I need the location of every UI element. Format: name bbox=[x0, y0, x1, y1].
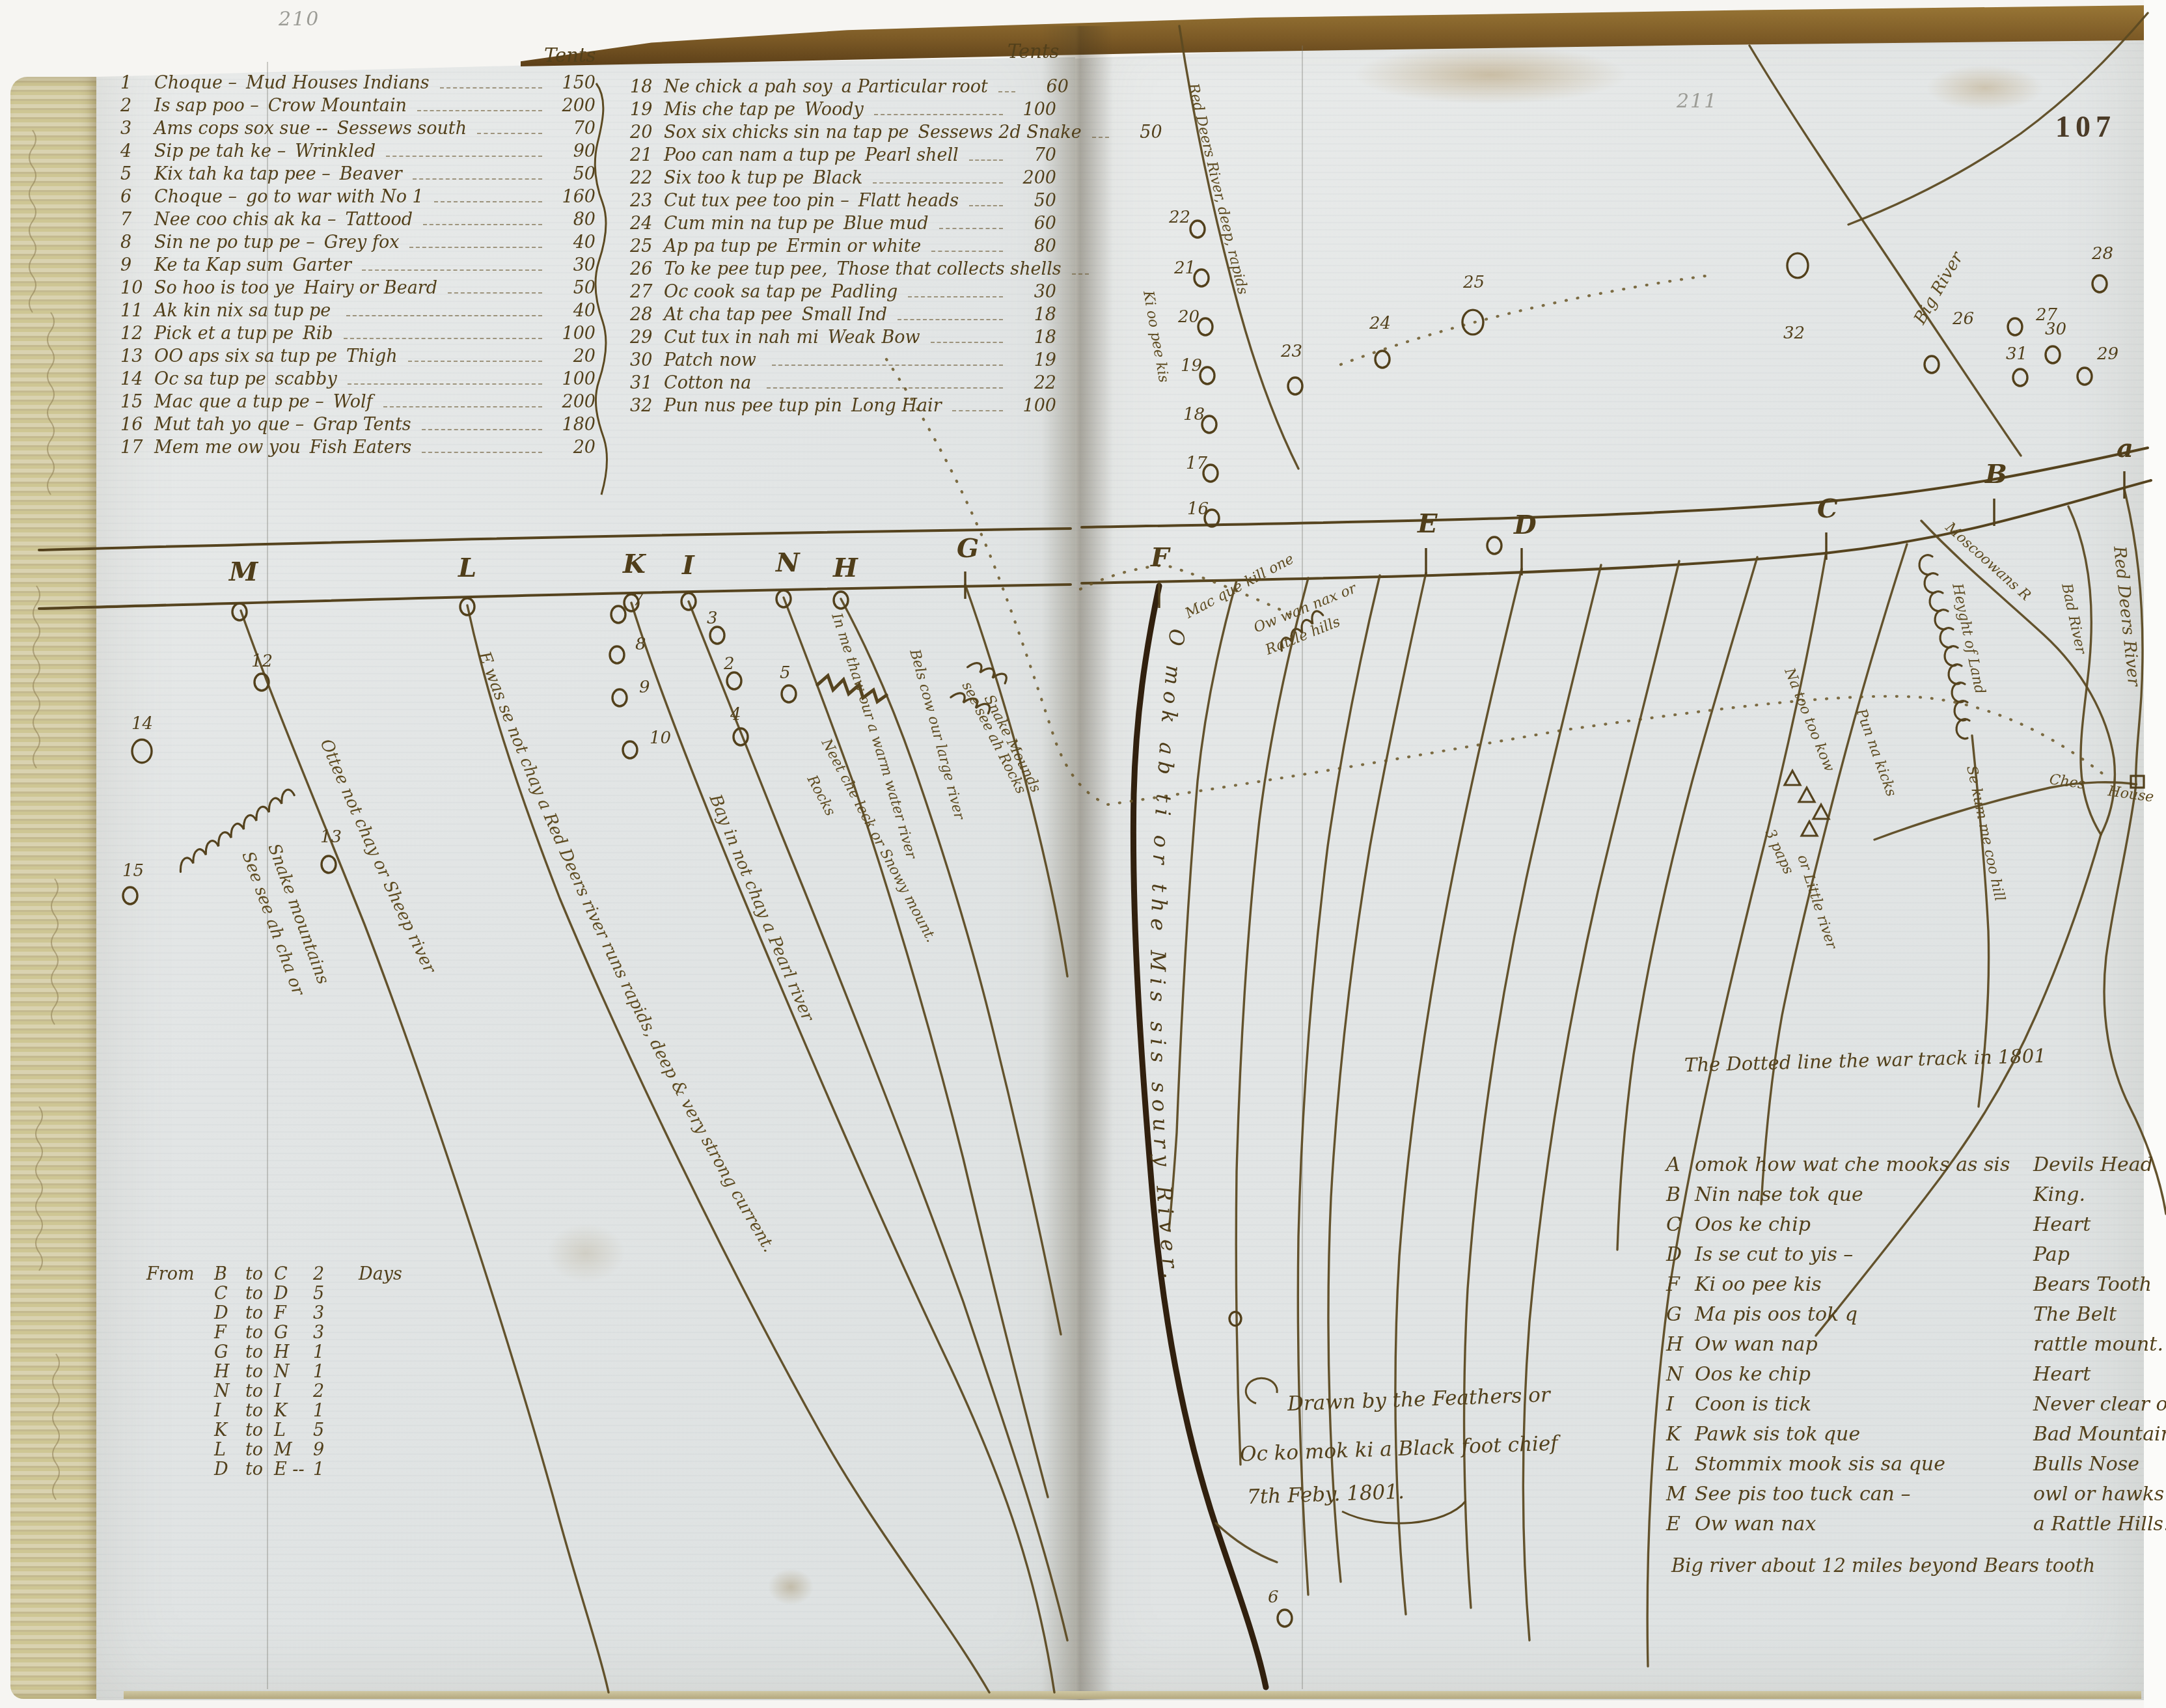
mountain-letter-C: C bbox=[1817, 493, 1838, 524]
camp-marker: 23 bbox=[1280, 342, 1302, 394]
tribe-english-name: Rib bbox=[303, 324, 333, 344]
tribe-row: 22Six too k tup peBlack200 bbox=[630, 168, 1056, 191]
legend-row: COos ke chipHeart bbox=[1666, 1213, 2166, 1243]
tribe-native-name: At cha tap pee bbox=[664, 305, 793, 325]
dashed-leader bbox=[931, 251, 1003, 252]
tribe-native-name: Patch now bbox=[664, 350, 756, 370]
legend-row: DIs se cut to yis –Pap bbox=[1666, 1243, 2166, 1273]
tribe-tents-count: 50 bbox=[1116, 122, 1162, 143]
tribe-english-name: Black bbox=[813, 168, 862, 188]
distance-days: 2 bbox=[313, 1381, 359, 1401]
distance-letter-a: D bbox=[214, 1459, 245, 1480]
legend-native: Ki oo pee kis bbox=[1695, 1273, 2033, 1296]
camp-marker: 3 bbox=[707, 609, 724, 644]
camp-marker: 13 bbox=[320, 827, 342, 873]
mountain-letter-F: F bbox=[1150, 542, 1171, 573]
legend-native: Oos ke chip bbox=[1695, 1363, 2033, 1386]
tribe-english-name: Sessews south bbox=[337, 118, 467, 139]
legend-key: N bbox=[1666, 1363, 1695, 1386]
mountain-letter-I: I bbox=[681, 550, 695, 581]
camp-marker bbox=[1229, 1312, 1241, 1325]
tribe-english-name: Crow Mountain bbox=[268, 96, 407, 116]
tribe-tents-count: 100 bbox=[1009, 396, 1056, 416]
label-height-of-land: Heyght of Land bbox=[1949, 581, 1988, 695]
tribe-tents-count: 200 bbox=[549, 392, 596, 412]
tribe-english-name: Small Ind bbox=[802, 305, 887, 325]
legend-english: Heart bbox=[2033, 1363, 2166, 1386]
label-snowy-rocks-2: Rocks bbox=[803, 772, 838, 819]
big-river-footnote: Big river about 12 miles beyond Bears to… bbox=[1671, 1554, 2095, 1577]
distance-letter-b: D bbox=[274, 1284, 313, 1304]
mountain-letter-N: N bbox=[775, 547, 801, 578]
tribe-number: 29 bbox=[630, 327, 664, 348]
distance-row: HtoN1 bbox=[146, 1362, 433, 1381]
tribe-native-name: Is sap poo – bbox=[154, 96, 259, 116]
mountain-letter-D: D bbox=[1513, 510, 1537, 540]
svg-text:23: 23 bbox=[1280, 342, 1302, 361]
distance-letter-a: B bbox=[214, 1264, 245, 1284]
tribe-native-name: Oc sa tup pe bbox=[154, 369, 266, 389]
tribe-row: 27Oc cook sa tap pePadling30 bbox=[630, 282, 1056, 305]
legend-key: E bbox=[1666, 1513, 1695, 1536]
tribe-native-name: Ams cops sox sue -- bbox=[154, 118, 328, 139]
tribe-tents-count: 30 bbox=[1009, 282, 1056, 302]
distance-days-word: Days bbox=[359, 1264, 417, 1284]
distance-to-word: to bbox=[245, 1459, 274, 1480]
tribe-tents-count: 200 bbox=[1009, 168, 1056, 188]
legend-row: FKi oo pee kisBears Tooth bbox=[1666, 1273, 2166, 1303]
tribe-number: 3 bbox=[120, 118, 154, 139]
mountain-letter-M: M bbox=[228, 557, 259, 587]
tribe-native-name: Cum min na tup pe bbox=[664, 213, 834, 234]
tribe-row: 9Ke ta Kap sumGarter30 bbox=[120, 255, 596, 278]
attribution-flourish bbox=[1246, 1378, 1277, 1403]
dashed-leader bbox=[346, 315, 542, 316]
tribe-row: 6Choque –go to war with No 1160 bbox=[120, 187, 596, 210]
tribe-tents-count: 200 bbox=[549, 96, 596, 116]
tribe-native-name: Ak kin nix sa tup pe bbox=[154, 301, 331, 321]
tribe-english-name: Those that collects shells bbox=[836, 259, 1061, 279]
tribe-native-name: Sin ne po tup pe – bbox=[154, 232, 315, 253]
junction-circle bbox=[232, 603, 247, 620]
legend-english: The Belt bbox=[2033, 1303, 2166, 1326]
legend-english: owl or hawks head bbox=[2033, 1483, 2166, 1506]
distance-row: NtoI2 bbox=[146, 1381, 433, 1401]
tribe-english-name: Tattood bbox=[346, 210, 413, 230]
tribe-row: 24Cum min na tup peBlue mud60 bbox=[630, 213, 1056, 236]
tribe-row: 11Ak kin nix sa tup pe40 bbox=[120, 301, 596, 324]
tribe-tents-count: 150 bbox=[549, 73, 596, 93]
dashed-leader bbox=[409, 247, 542, 248]
tribe-tents-count: 100 bbox=[549, 369, 596, 389]
distance-days: 1 bbox=[313, 1401, 359, 1421]
svg-text:28: 28 bbox=[2091, 244, 2113, 264]
dashed-leader bbox=[969, 205, 1003, 206]
tribe-row: 16Mut tah yo que –Grap Tents180 bbox=[120, 415, 596, 437]
tribe-tents-count: 100 bbox=[1009, 100, 1056, 120]
legend-native: Ma pis oos tok q bbox=[1695, 1303, 2033, 1326]
tribe-tents-count: 50 bbox=[549, 278, 596, 298]
distance-to-word: to bbox=[245, 1440, 274, 1460]
svg-text:13: 13 bbox=[320, 827, 342, 847]
svg-text:31: 31 bbox=[2006, 344, 2027, 364]
tribe-tents-count: 19 bbox=[1009, 350, 1056, 370]
journal-photo: Ottee not chay or Sheep river E was se n… bbox=[0, 0, 2166, 1708]
tribe-native-name: OO aps six sa tup pe bbox=[154, 346, 337, 366]
distance-row: FromBtoC2Days bbox=[146, 1264, 433, 1284]
legend-key: F bbox=[1666, 1273, 1695, 1296]
svg-text:29: 29 bbox=[2096, 344, 2118, 364]
tribe-number: 28 bbox=[630, 305, 664, 325]
camp-marker: 29 bbox=[2077, 344, 2118, 385]
camp-marker: 12 bbox=[251, 652, 273, 691]
svg-text:9: 9 bbox=[639, 678, 650, 697]
distance-letter-a: D bbox=[214, 1303, 245, 1323]
tribe-tents-count: 18 bbox=[1009, 327, 1056, 348]
label-ches-house-2: House bbox=[2106, 783, 2155, 806]
legend-native: omok how wat che mooks as sis bbox=[1695, 1153, 2033, 1176]
height-of-land-mark bbox=[1935, 610, 1948, 629]
tribe-number: 17 bbox=[120, 437, 154, 458]
tribe-number: 5 bbox=[120, 164, 154, 184]
tribe-row: 28At cha tap peeSmall Ind18 bbox=[630, 305, 1056, 327]
tribe-tents-count: 30 bbox=[549, 255, 596, 275]
svg-text:8: 8 bbox=[635, 635, 646, 654]
tribe-row: 10So hoo is too yeHairy or Beard50 bbox=[120, 278, 596, 301]
distance-letter-b: L bbox=[274, 1420, 313, 1440]
legend-row: MSee pis too tuck can –owl or hawks head bbox=[1666, 1483, 2166, 1513]
svg-text:10: 10 bbox=[650, 728, 671, 748]
tribe-row: 26To ke pee tup pee,Those that collects … bbox=[630, 259, 1056, 282]
distance-letter-b: C bbox=[274, 1264, 313, 1284]
mountain-letter-G: G bbox=[957, 533, 979, 564]
legend-native: Is se cut to yis – bbox=[1695, 1243, 2033, 1266]
tribe-tents-count: 40 bbox=[549, 232, 596, 253]
distance-letter-a: I bbox=[214, 1401, 245, 1421]
distance-row: DtoE --1 bbox=[146, 1459, 433, 1479]
camp-marker: 31 bbox=[2006, 344, 2027, 386]
tribe-english-name: Grap Tents bbox=[313, 415, 411, 435]
tribe-english-name: Fish Eaters bbox=[310, 437, 412, 458]
tribe-row: 13OO aps six sa tup peThigh20 bbox=[120, 346, 596, 369]
distance-days: 9 bbox=[313, 1440, 359, 1460]
svg-text:14: 14 bbox=[131, 714, 153, 734]
legend-native: Ow wan nap bbox=[1695, 1333, 2033, 1356]
svg-text:20: 20 bbox=[1177, 307, 1200, 327]
distance-days: 3 bbox=[313, 1323, 359, 1343]
tribe-row: 21Poo can nam a tup pePearl shell70 bbox=[630, 145, 1056, 168]
tribe-number: 4 bbox=[120, 141, 154, 161]
camp-marker: 5 bbox=[780, 663, 796, 702]
distance-letter-a: N bbox=[214, 1381, 245, 1401]
tribe-native-name: Pun nus pee tup pin bbox=[664, 396, 842, 416]
dashed-leader bbox=[448, 292, 542, 294]
distance-to-word: to bbox=[245, 1420, 274, 1440]
distance-to-word: to bbox=[245, 1303, 274, 1323]
dashed-leader bbox=[422, 429, 542, 430]
dashed-leader bbox=[422, 452, 542, 453]
distance-letter-b: I bbox=[274, 1381, 313, 1401]
legend-key: G bbox=[1666, 1303, 1695, 1326]
tribe-native-name: Nee coo chis ak ka – bbox=[154, 210, 336, 230]
river-ches-west bbox=[1874, 782, 2136, 840]
tribe-native-name: Cotton na bbox=[664, 373, 751, 393]
tribe-english-name: Thigh bbox=[346, 346, 398, 366]
distance-letter-a: G bbox=[214, 1342, 245, 1362]
distance-from-word: From bbox=[146, 1264, 214, 1284]
distance-letter-b: M bbox=[274, 1440, 313, 1460]
legend-row: BNin nase tok queKing. bbox=[1666, 1183, 2166, 1213]
tribe-english-name: Garter bbox=[293, 255, 351, 275]
legend-row: GMa pis oos tok qThe Belt bbox=[1666, 1303, 2166, 1333]
tribe-row: 3Ams cops sox sue --Sessews south70 bbox=[120, 118, 596, 141]
camp-marker: 32 bbox=[1783, 253, 1808, 343]
legend-key: K bbox=[1666, 1423, 1695, 1446]
tribe-english-name: Blue mud bbox=[843, 213, 929, 234]
ches-house-icon bbox=[2131, 776, 2144, 788]
legend-native: Coon is tick bbox=[1695, 1393, 2033, 1416]
tribe-number: 25 bbox=[630, 236, 664, 256]
distance-letter-a: L bbox=[214, 1440, 245, 1460]
height-of-land-mark bbox=[1945, 646, 1958, 666]
tribe-number: 32 bbox=[630, 396, 664, 416]
distance-row: LtoM9 bbox=[146, 1440, 433, 1459]
legend-key: I bbox=[1666, 1393, 1695, 1416]
svg-text:32: 32 bbox=[1783, 324, 1805, 343]
tribe-english-name: Mud Houses Indians bbox=[246, 73, 430, 93]
tribe-english-name: Long Hair bbox=[851, 396, 942, 416]
river-sheep bbox=[241, 611, 609, 1692]
legend-key: A bbox=[1666, 1153, 1695, 1176]
tribe-native-name: Mem me ow you bbox=[154, 437, 301, 458]
tribe-native-name: Pick et a tup pe bbox=[154, 324, 294, 344]
dashed-leader bbox=[477, 133, 542, 134]
generated-symbols bbox=[1785, 555, 1969, 836]
svg-text:24: 24 bbox=[1369, 314, 1391, 333]
distance-days: 1 bbox=[313, 1362, 359, 1382]
distance-letter-a: H bbox=[214, 1362, 245, 1382]
tribe-tents-count: 80 bbox=[549, 210, 596, 230]
distance-days: 5 bbox=[313, 1284, 359, 1304]
camp-marker: 15 bbox=[122, 861, 144, 904]
tribe-english-name: a Particular root bbox=[842, 77, 988, 97]
tribe-tents-count: 60 bbox=[1022, 77, 1069, 97]
legend-key: M bbox=[1666, 1483, 1695, 1506]
legend-row: NOos ke chipHeart bbox=[1666, 1363, 2166, 1393]
tribe-row: 19Mis che tap peWoody100 bbox=[630, 100, 1056, 122]
tribe-native-name: Ke ta Kap sum bbox=[154, 255, 284, 275]
legend-row: HOw wan naprattle mount. bbox=[1666, 1333, 2166, 1363]
tribe-tents-count: 50 bbox=[549, 164, 596, 184]
tribe-tents-count: 80 bbox=[1009, 236, 1056, 256]
tribe-number: 20 bbox=[630, 122, 664, 143]
tribe-native-name: Mut tah yo que – bbox=[154, 415, 304, 435]
distance-letter-b: G bbox=[274, 1323, 313, 1343]
camp-marker: 30 bbox=[2045, 320, 2066, 363]
svg-text:6: 6 bbox=[1268, 1588, 1279, 1607]
dashed-leader bbox=[362, 269, 542, 271]
tents-header-b: Tents bbox=[1008, 40, 1059, 62]
distance-letter-b: K bbox=[274, 1401, 313, 1421]
legend-english: Bears Tooth bbox=[2033, 1273, 2166, 1296]
tribe-tents-count: 60 bbox=[1009, 213, 1056, 234]
distance-row: ItoK1 bbox=[146, 1401, 433, 1420]
dashed-leader bbox=[873, 182, 1003, 184]
tribe-english-name: Beaver bbox=[340, 164, 402, 184]
legend-english: Never clear of Snow bbox=[2033, 1393, 2166, 1416]
camp-marker: 22 bbox=[1168, 208, 1205, 238]
rp-trib-7 bbox=[1617, 557, 1757, 1250]
tribe-number: 22 bbox=[630, 168, 664, 188]
distance-row: GtoH1 bbox=[146, 1342, 433, 1362]
dashed-leader bbox=[1092, 137, 1109, 138]
legend-native: Ow wan nax bbox=[1695, 1513, 2033, 1536]
mountain-letter-H: H bbox=[832, 553, 858, 583]
tribe-number: 31 bbox=[630, 373, 664, 393]
tribe-english-name: Padling bbox=[831, 282, 898, 302]
legend-native: See pis too tuck can – bbox=[1695, 1483, 2033, 1506]
legend-native: Nin nase tok que bbox=[1695, 1183, 2033, 1206]
tribe-row: 4Sip pe tah ke –Wrinkled90 bbox=[120, 141, 596, 164]
svg-text:21: 21 bbox=[1173, 258, 1196, 278]
tents-brace bbox=[595, 83, 607, 495]
legend-key: B bbox=[1666, 1183, 1695, 1206]
tribe-row: 18Ne chick a pah soya Particular root60 bbox=[630, 77, 1056, 100]
distance-days: 2 bbox=[313, 1264, 359, 1284]
camp-marker: 8 bbox=[610, 635, 646, 663]
legend-english: King. bbox=[2033, 1183, 2166, 1206]
paps-triangle-mark bbox=[1799, 788, 1815, 802]
camp-marker: 25 bbox=[1462, 273, 1485, 335]
mountains-upper-line-left bbox=[39, 529, 1071, 550]
camp-marker: 2 bbox=[723, 654, 741, 689]
distance-to-word: to bbox=[245, 1362, 274, 1382]
distance-days: 1 bbox=[313, 1342, 359, 1362]
distance-days: 5 bbox=[313, 1420, 359, 1440]
dashed-leader bbox=[408, 361, 542, 362]
distance-to-word: to bbox=[245, 1381, 274, 1401]
legend-key: C bbox=[1666, 1213, 1695, 1236]
dashed-leader bbox=[417, 110, 542, 111]
mountain-letter-a: a bbox=[2117, 433, 2133, 463]
tribe-tents-count: 180 bbox=[549, 415, 596, 435]
war-track-dotted-upper bbox=[1341, 276, 1705, 365]
distance-to-word: to bbox=[245, 1342, 274, 1362]
pencil-folio-right: 211 bbox=[1677, 90, 1718, 113]
svg-text:30: 30 bbox=[2045, 320, 2066, 339]
tribe-english-name: Wrinkled bbox=[295, 141, 376, 161]
distance-days: 3 bbox=[313, 1303, 359, 1323]
legend-english: Bad Mountain bbox=[2033, 1423, 2166, 1446]
dashed-leader bbox=[969, 159, 1003, 161]
tribe-native-name: Mis che tap pe bbox=[664, 100, 795, 120]
dashed-leader bbox=[908, 296, 1003, 297]
tribe-row: 20Sox six chicks sin na tap peSessews 2d… bbox=[630, 122, 1056, 145]
dashed-leader bbox=[767, 387, 1003, 389]
tribe-row: 32Pun nus pee tup pinLong Hair100 bbox=[630, 396, 1056, 419]
paps-triangle-mark bbox=[1785, 771, 1800, 785]
tribe-number: 9 bbox=[120, 255, 154, 275]
tribe-row: 2Is sap poo –Crow Mountain200 bbox=[120, 96, 596, 118]
tribe-row: 15Mac que a tup pe –Wolf200 bbox=[120, 392, 596, 415]
dashed-leader bbox=[348, 383, 542, 385]
dashed-leader bbox=[344, 338, 542, 339]
distance-days: 1 bbox=[313, 1459, 359, 1480]
dashed-leader bbox=[952, 410, 1003, 411]
camp-marker: 24 bbox=[1369, 314, 1391, 368]
tribes-list-1-17: 1Choque –Mud Houses Indians1502Is sap po… bbox=[120, 73, 596, 460]
tribe-row: 31Cotton na22 bbox=[630, 373, 1056, 396]
pencil-folio-left: 210 bbox=[279, 8, 320, 31]
tribe-tents-count: 90 bbox=[549, 141, 596, 161]
tribe-native-name: Cut tux in nah mi bbox=[664, 327, 819, 348]
river-big bbox=[1749, 46, 2021, 456]
tribe-native-name: Sip pe tah ke – bbox=[154, 141, 286, 161]
tribe-native-name: So hoo is too ye bbox=[154, 278, 295, 298]
tribe-native-name: Poo can nam a tup pe bbox=[664, 145, 856, 165]
camp-marker: 28 bbox=[2091, 244, 2113, 292]
camp-marker: 17 bbox=[1186, 454, 1218, 482]
label-ki-oo-pee-kis: Ki oo pee kis bbox=[1140, 289, 1172, 384]
paps-triangle-mark bbox=[1813, 805, 1829, 819]
tribe-tents-count: 70 bbox=[1009, 145, 1056, 165]
legend-row: Aomok how wat che mooks as sisDevils Hea… bbox=[1666, 1153, 2166, 1183]
height-of-land-mark bbox=[1919, 555, 1932, 575]
tribe-native-name: Kix tah ka tap pee – bbox=[154, 164, 331, 184]
legend-english: rattle mount. bbox=[2033, 1333, 2166, 1356]
mountain-letter-L: L bbox=[458, 553, 476, 583]
dashed-leader bbox=[1072, 273, 1089, 275]
tribe-number: 1 bbox=[120, 73, 154, 93]
legend-native: Stommix mook sis sa que bbox=[1695, 1453, 2033, 1476]
tribe-native-name: Choque – bbox=[154, 187, 237, 207]
tribe-tents-count: 20 bbox=[549, 346, 596, 366]
svg-text:5: 5 bbox=[780, 663, 791, 683]
tribe-tents-count: 18 bbox=[1009, 305, 1056, 325]
label-bad-river: Bad River bbox=[2058, 581, 2089, 656]
distance-to-word: to bbox=[245, 1401, 274, 1421]
tribe-number: 16 bbox=[120, 415, 154, 435]
dashed-leader bbox=[939, 228, 1003, 229]
label-bels-cow-river: Bels cow our large river bbox=[906, 647, 968, 822]
dashed-leader bbox=[434, 201, 542, 202]
camp-marker: 10 bbox=[623, 728, 671, 758]
junction-circle bbox=[1487, 537, 1501, 554]
tribe-tents-count: 160 bbox=[549, 187, 596, 207]
tribe-number: 13 bbox=[120, 346, 154, 366]
river-below-ches bbox=[2104, 784, 2166, 1214]
height-of-land-mark bbox=[1952, 683, 1965, 702]
tribe-number: 11 bbox=[120, 301, 154, 321]
tribe-english-name: Pearl shell bbox=[865, 145, 959, 165]
tribe-english-name: scabby bbox=[275, 369, 337, 389]
tribe-number: 24 bbox=[630, 213, 664, 234]
distance-to-word: to bbox=[245, 1323, 274, 1343]
camp-marker: 18 bbox=[1183, 405, 1216, 433]
legend-list: Aomok how wat che mooks as sisDevils Hea… bbox=[1666, 1153, 2166, 1543]
legend-row: LStommix mook sis sa queBulls Nose bbox=[1666, 1453, 2166, 1483]
distance-to-word: to bbox=[245, 1264, 274, 1284]
camp-marker: 6 bbox=[1268, 1588, 1292, 1627]
mountain-letter-E: E bbox=[1417, 508, 1438, 539]
rp-trib-6 bbox=[1524, 561, 1679, 1640]
dashed-leader bbox=[898, 319, 1003, 320]
tribe-native-name: Oc cook sa tap pe bbox=[664, 282, 822, 302]
legend-row: EOw wan naxa Rattle Hills. bbox=[1666, 1513, 2166, 1543]
tribe-tents-count: 22 bbox=[1009, 373, 1056, 393]
mountain-letter-K: K bbox=[622, 549, 647, 579]
tribe-native-name: Cut tux pee too pin – bbox=[664, 191, 849, 211]
